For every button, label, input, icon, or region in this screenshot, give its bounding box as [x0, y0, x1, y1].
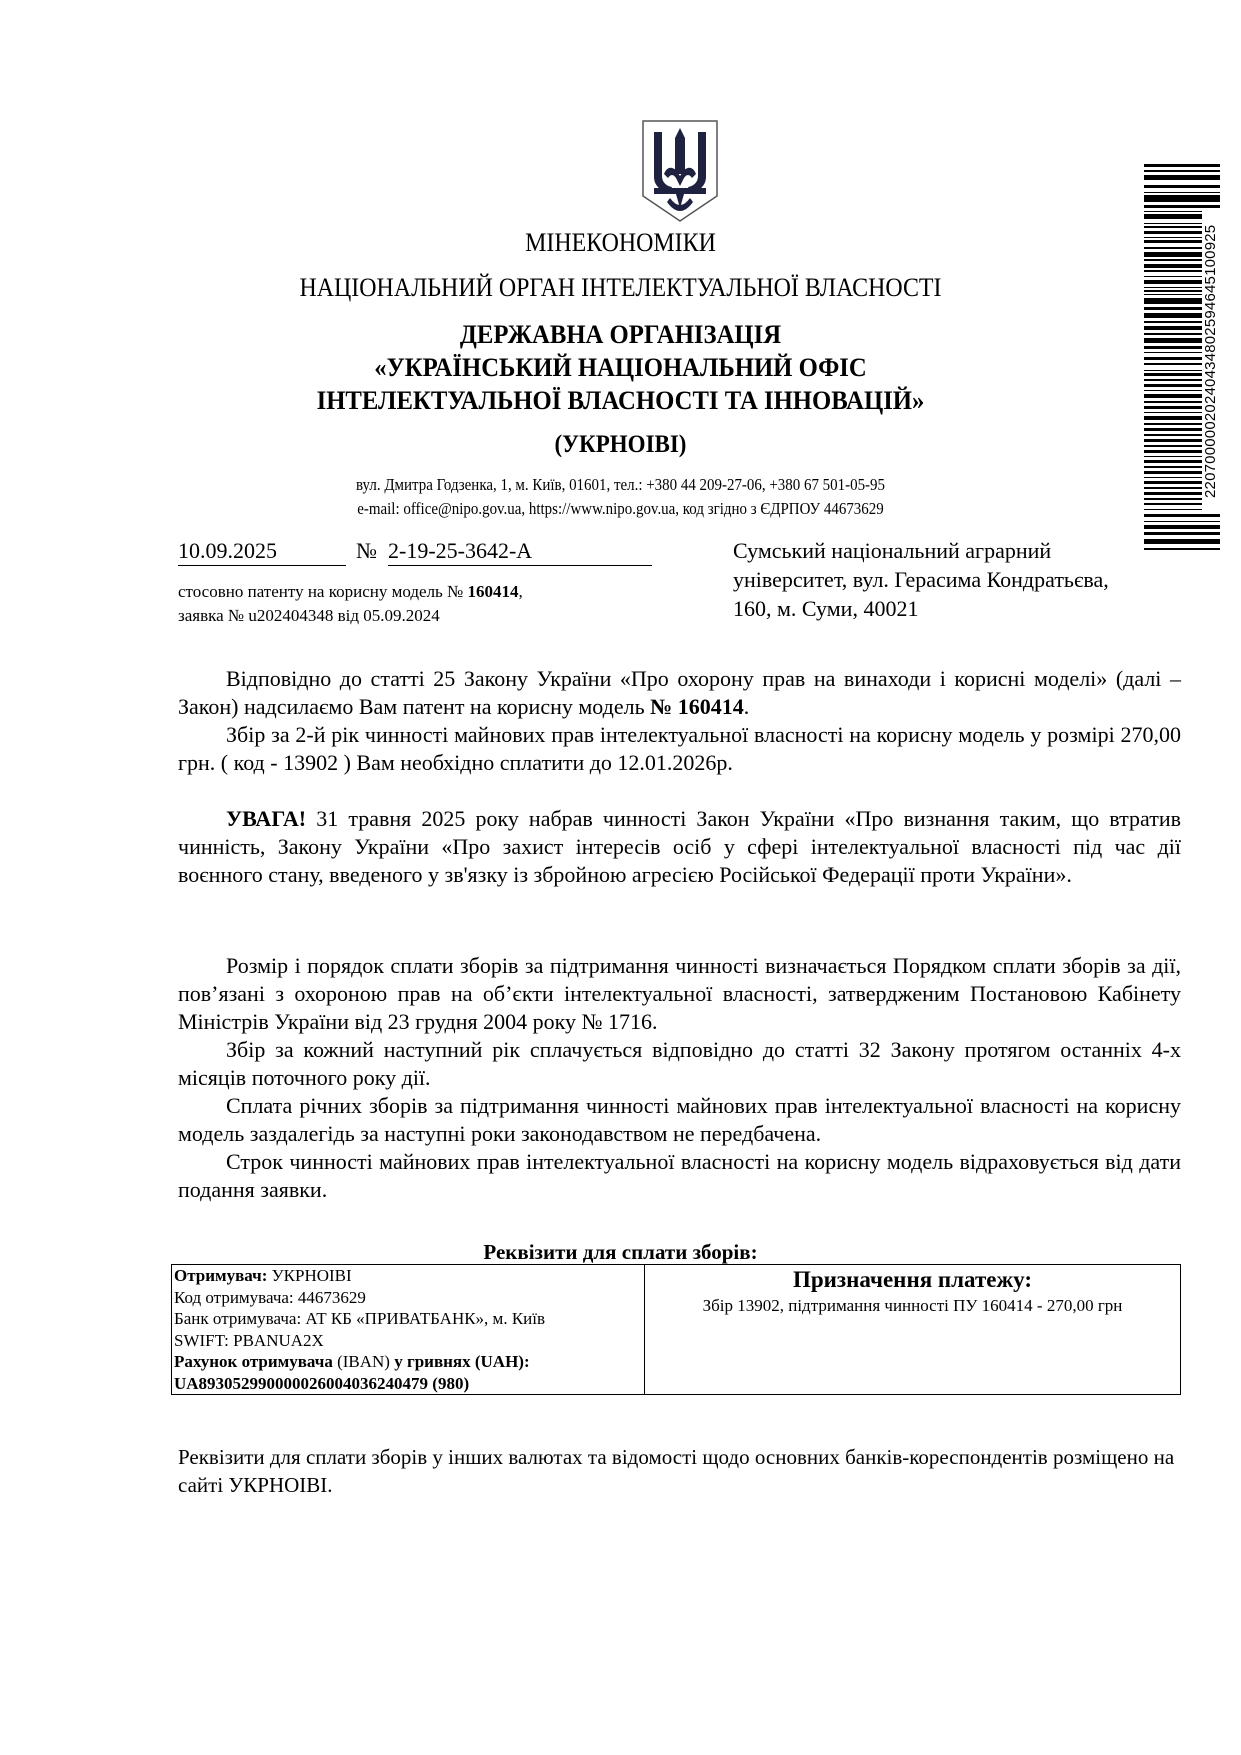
patent-number: 160414: [468, 582, 519, 601]
application-reference: заявка № u202404348 від 05.09.2024: [178, 604, 523, 628]
payment-purpose-value: Збір 13902, підтримання чинності ПУ 1604…: [647, 1295, 1178, 1317]
outgoing-reference: 10.09.2025№2-19-25-3642-A: [178, 538, 652, 566]
org-line-2: «УКРАЇНСЬКИЙ НАЦІОНАЛЬНИЙ ОФІС: [31, 351, 1210, 384]
subject-reference: стосовно патенту на корисну модель № 160…: [178, 580, 523, 628]
payee-iban: UA893052990000026004036240479 (980): [174, 1373, 642, 1395]
address-line: вул. Дмитра Годзенка, 1, м. Київ, 01601,…: [74, 473, 1166, 497]
iban-label: Рахунок отримувача (IBAN) у гривнях (UAH…: [174, 1351, 642, 1373]
paragraph-annual-fee: Збір за кожний наступний рік сплачується…: [178, 1036, 1181, 1092]
paragraph-patent-sent: Відповідно до статті 25 Закону України «…: [178, 665, 1181, 721]
ukraine-trident-icon: [640, 118, 720, 224]
body-section-2: УВАГА! 31 травня 2025 року набрав чиннос…: [178, 805, 1181, 889]
payment-purpose: Призначення платежу: Збір 13902, підтрим…: [645, 1265, 1181, 1395]
paragraph-advance-payment: Сплата річних зборів за підтримання чинн…: [178, 1092, 1181, 1148]
payee-code: Код отримувача: 44673629: [174, 1287, 642, 1309]
body-section-3: Розмір і порядок сплати зборів за підтри…: [178, 952, 1181, 1204]
payee-swift: SWIFT: PBANUA2X: [174, 1330, 642, 1352]
letter-number: 2-19-25-3642-A: [388, 538, 652, 566]
paragraph-fee-procedure: Розмір і порядок сплати зборів за підтри…: [178, 952, 1181, 1036]
paragraph-attention: УВАГА! 31 травня 2025 року набрав чиннос…: [178, 805, 1181, 889]
body-section-1: Відповідно до статті 25 Закону України «…: [178, 665, 1181, 777]
payee-details: Отримувач: УКРНОІВІ Код отримувача: 4467…: [172, 1265, 645, 1395]
org-line-1: ДЕРЖАВНА ОРГАНІЗАЦІЯ: [31, 318, 1210, 351]
patent-reference: стосовно патенту на корисну модель № 160…: [178, 580, 523, 604]
letter-date: 10.09.2025: [178, 538, 346, 566]
org-line-3: ІНТЕЛЕКТУАЛЬНОЇ ВЛАСНОСТІ ТА ІННОВАЦІЙ»: [31, 384, 1210, 417]
email-web-line: e-mail: office@nipo.gov.ua, https://www.…: [74, 497, 1166, 521]
payee-bank: Банк отримувача: АТ КБ «ПРИВАТБАНК», м. …: [174, 1308, 642, 1330]
paragraph-fee-due: Збір за 2-й рік чинності майнових прав і…: [178, 721, 1181, 777]
payment-purpose-title: Призначення платежу:: [647, 1267, 1178, 1293]
contact-info: вул. Дмитра Годзенка, 1, м. Київ, 01601,…: [74, 473, 1166, 521]
footer-note: Реквізити для сплати зборів у інших валю…: [178, 1443, 1181, 1499]
recipient-address: Сумський національний аграрний університ…: [733, 536, 1183, 623]
paragraph-validity-term: Строк чинності майнових прав інтелектуал…: [178, 1148, 1181, 1204]
national-body-name: НАЦІОНАЛЬНИЙ ОРГАН ІНТЕЛЕКТУАЛЬНОЇ ВЛАСН…: [50, 273, 1192, 303]
organization-name: ДЕРЖАВНА ОРГАНІЗАЦІЯ «УКРАЇНСЬКИЙ НАЦІОН…: [31, 318, 1210, 417]
organization-abbr: (УКРНОІВІ): [50, 431, 1192, 459]
requisites-title: Реквізити для сплати зборів:: [0, 1240, 1241, 1265]
number-sign: №: [356, 538, 382, 564]
barcode-number: 22070000020240434802594645100925: [1202, 222, 1220, 498]
ministry-name: МІНЕКОНОМІКИ: [50, 228, 1192, 258]
requisites-table: Отримувач: УКРНОІВІ Код отримувача: 4467…: [171, 1264, 1181, 1395]
